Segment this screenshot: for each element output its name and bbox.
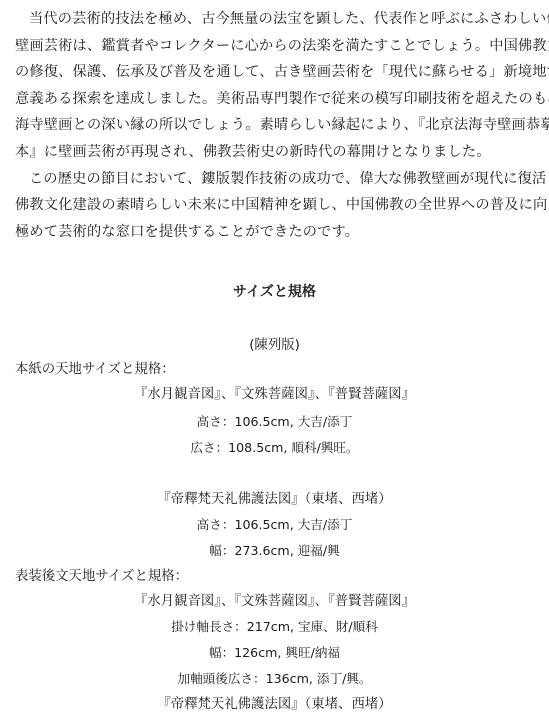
text-line: 海寺壁画との深い縁の所以でしょう。素晴らしい縁起により、『北京法海寺壁画恭摹珍 xyxy=(15,112,525,139)
artwork-titles: 『帝釋梵天礼佛護法図』（東堵、西堵） xyxy=(0,693,549,712)
height-spec: 高さ：106.5cm, 大吉/添丁 xyxy=(0,411,549,430)
height-spec: 高さ：106.5cm, 大吉/添丁 xyxy=(0,514,549,533)
original-size-label: 本紙の天地サイズと規格： xyxy=(15,358,175,377)
text-line: 佛教文化建設の素晴らしい未来に中国精神を顕し、中国佛教の全世界への普及に向け、 xyxy=(15,192,525,219)
scroll-length-spec: 掛け軸長さ：217cm, 宝庫、財/順科 xyxy=(0,616,549,635)
width-spec: 広さ：108.5cm, 順科/興旺。 xyxy=(0,437,549,456)
text-line: 壁画芸術は、鑑賞者やコレクターに心からの法楽を満たすことでしょう。中国佛教文化 xyxy=(15,33,525,60)
section-title: サイズと規格 xyxy=(0,281,549,301)
text-line: この歴史の節目において、鏤版製作技術の成功で、偉大な佛教壁画が現代に復活し、 xyxy=(15,166,525,193)
artwork-titles: 『水月観音図』、『文殊菩薩図』、『普賢菩薩図』 xyxy=(0,590,549,609)
width-spec: 幅：126cm, 興旺/納福 xyxy=(0,642,549,661)
edition-label: (陳列版) xyxy=(0,334,549,353)
text-line: の修復、保護、伝承及び普及を通して、古き壁画芸術を「現代に蘇らせる」新境地で、 xyxy=(15,59,525,86)
mounted-size-label: 表装後文天地サイズと規格： xyxy=(15,565,188,584)
document-page: 当代の芸術的技法を極め、古今無量の法宝を顕した、代表作と呼ぶにふさわしい佛教 壁… xyxy=(0,0,549,718)
artwork-titles: 『帝釋梵天礼佛護法図』（東堵、西堵） xyxy=(0,488,549,507)
width-spec: 幅：273.6cm, 迎福/興 xyxy=(0,540,549,559)
text-line: 意義ある探索を達成しました。美術品専門製作で従来の模写印刷技術を超えたのも、法 xyxy=(15,86,525,113)
intro-paragraph: 当代の芸術的技法を極め、古今無量の法宝を顕した、代表作と呼ぶにふさわしい佛教 壁… xyxy=(15,6,525,245)
text-line: 極めて芸術的な窓口を提供することができたのです。 xyxy=(15,219,525,246)
text-line: 当代の芸術的技法を極め、古今無量の法宝を顕した、代表作と呼ぶにふさわしい佛教 xyxy=(15,6,525,33)
artwork-titles: 『水月観音図』、『文殊菩薩図』、『普賢菩薩図』 xyxy=(0,383,549,402)
rod-width-spec: 加軸頭後広さ：136cm, 添丁/興。 xyxy=(0,668,549,687)
text-line: 本』に壁画芸術が再現され、佛教芸術史の新時代の幕開けとなりました。 xyxy=(15,139,525,166)
